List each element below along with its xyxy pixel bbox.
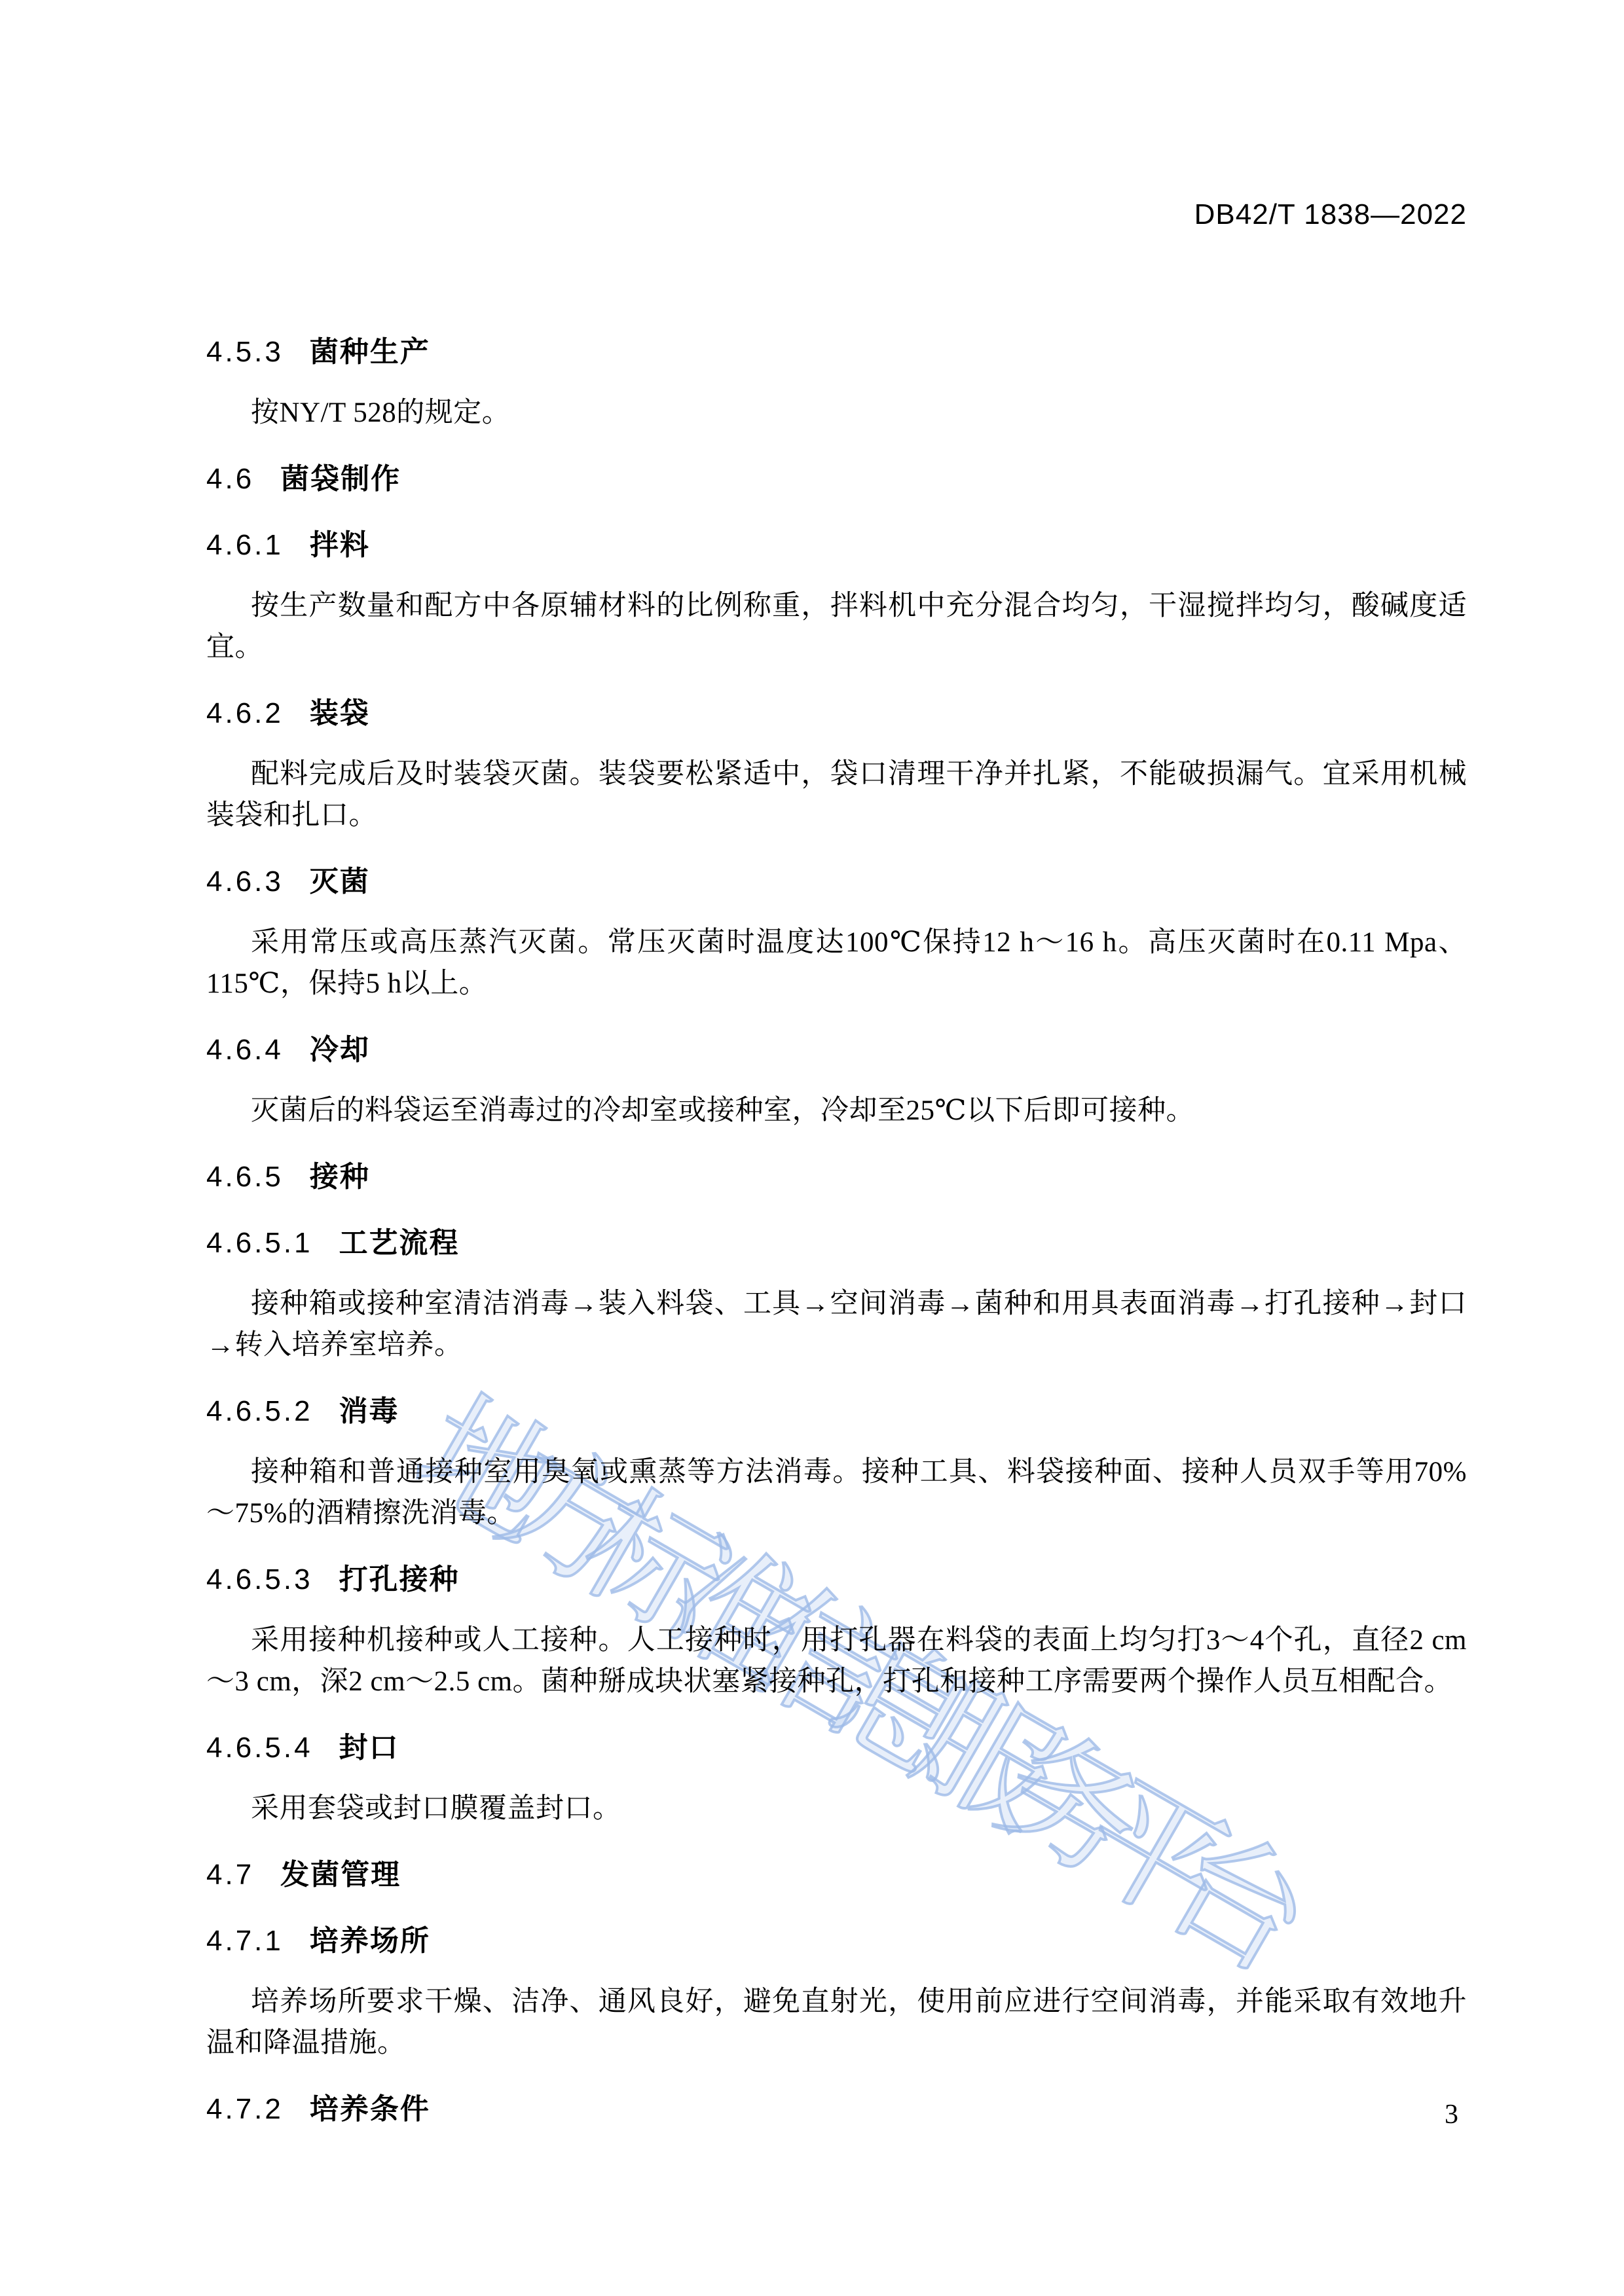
section-heading: 4.7发菌管理 [206,1854,1467,1895]
body-paragraph: 采用接种机接种或人工接种。人工接种时，用打孔器在料袋的表面上均匀打3～4个孔，直… [206,1620,1467,1702]
section-heading: 4.6.5.1工艺流程 [206,1222,1467,1264]
section-title: 冷却 [310,1034,370,1066]
standard-code-header: DB42/T 1838—2022 [206,194,1467,235]
section-title: 拌料 [310,529,370,561]
page-content: DB42/T 1838—2022 4.5.3菌种生产 按NY/T 528的规定。… [206,194,1467,2130]
section-title: 装袋 [310,697,370,729]
section-title: 发菌管理 [280,1859,401,1891]
body-paragraph: 培养场所要求干燥、洁净、通风良好，避免直射光，使用前应进行空间消毒，并能采取有效… [206,1981,1467,2064]
section-heading: 4.6.5.3打孔接种 [206,1559,1467,1600]
section-heading: 4.6.5.2消毒 [206,1391,1467,1432]
body-paragraph: 采用常压或高压蒸汽灭菌。常压灭菌时温度达100℃保持12 h～16 h。高压灭菌… [206,922,1467,1004]
section-number: 4.6.2 [206,697,284,729]
section-heading: 4.6菌袋制作 [206,458,1467,500]
body-paragraph: 配料完成后及时装袋灭菌。装袋要松紧适中，袋口清理干净并扎紧，不能破损漏气。宜采用… [206,754,1467,836]
document-page: 地方标准信息服务平台 DB42/T 1838—2022 4.5.3菌种生产 按N… [0,0,1624,2296]
section-number: 4.5.3 [206,336,284,368]
body-paragraph: 接种箱和普通接种室用臭氧或熏蒸等方法消毒。接种工具、料袋接种面、接种人员双手等用… [206,1451,1467,1534]
section-number: 4.6.5.1 [206,1227,313,1259]
section-number: 4.6.5.4 [206,1732,313,1764]
section-number: 4.7.1 [206,1925,284,1957]
body-paragraph: 按生产数量和配方中各原辅材料的比例称重，拌料机中充分混合均匀，干湿搅拌均匀，酸碱… [206,585,1467,668]
section-title: 培养条件 [310,2093,430,2125]
section-heading: 4.6.5接种 [206,1156,1467,1197]
section-number: 4.6.5.3 [206,1563,313,1595]
section-title: 打孔接种 [339,1563,460,1595]
section-heading: 4.6.2装袋 [206,693,1467,734]
body-paragraph: 按NY/T 528的规定。 [206,392,1467,433]
document-blocks: 4.5.3菌种生产 按NY/T 528的规定。 4.6菌袋制作 4.6.1拌料 … [206,331,1467,2130]
section-number: 4.6.5.2 [206,1395,313,1427]
body-paragraph: 接种箱或接种室清洁消毒→装入料袋、工具→空间消毒→菌种和用具表面消毒→打孔接种→… [206,1283,1467,1366]
section-title: 工艺流程 [339,1227,460,1259]
body-paragraph: 采用套袋或封口膜覆盖封口。 [206,1788,1467,1829]
section-heading: 4.6.1拌料 [206,524,1467,566]
body-paragraph: 灭菌后的料袋运至消毒过的冷却室或接种室，冷却至25℃以下后即可接种。 [206,1090,1467,1131]
section-number: 4.6.3 [206,866,284,898]
section-title: 菌种生产 [310,336,430,368]
section-number: 4.6.5 [206,1161,284,1193]
section-title: 消毒 [339,1395,399,1427]
section-title: 封口 [339,1732,399,1764]
section-heading: 4.7.2培养条件 [206,2088,1467,2130]
section-number: 4.6.1 [206,529,284,561]
section-title: 灭菌 [310,866,370,898]
section-number: 4.7 [206,1859,254,1891]
section-title: 菌袋制作 [280,463,401,495]
section-title: 接种 [310,1161,370,1193]
page-number: 3 [1445,2098,1458,2131]
section-heading: 4.5.3菌种生产 [206,331,1467,373]
section-number: 4.6.4 [206,1034,284,1066]
section-heading: 4.7.1培养场所 [206,1920,1467,1961]
section-number: 4.6 [206,463,254,495]
section-number: 4.7.2 [206,2093,284,2125]
section-heading: 4.6.4冷却 [206,1029,1467,1070]
section-heading: 4.6.5.4封口 [206,1727,1467,1768]
section-title: 培养场所 [310,1925,430,1957]
section-heading: 4.6.3灭菌 [206,861,1467,902]
